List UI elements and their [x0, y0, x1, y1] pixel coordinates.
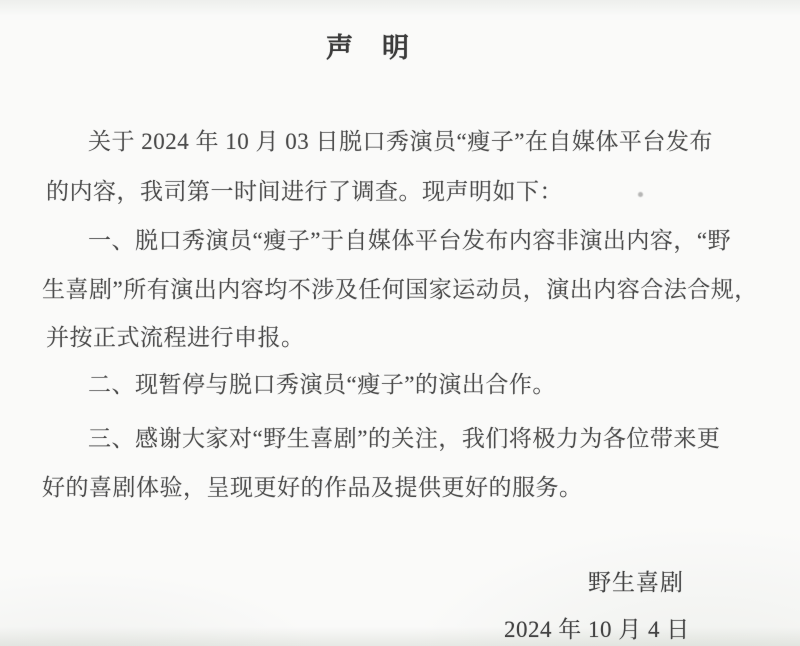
statement-line: 生喜剧”所有演出内容均不涉及任何国家运动员，演出内容合法合规，: [42, 276, 758, 304]
statement-document: 声 明 关于 2024 年 10 月 03 日脱口秀演员“瘦子”在自媒体平台发布…: [0, 0, 800, 646]
statement-line: 的内容，我司第一时间进行了调查。现声明如下：: [46, 178, 563, 206]
statement-line: 关于 2024 年 10 月 03 日脱口秀演员“瘦子”在自媒体平台发布: [88, 128, 713, 156]
date-line: 2024 年 10 月 4 日: [504, 611, 690, 644]
statement-line: 二、现暂停与脱口秀演员“瘦子”的演出合作。: [88, 371, 556, 399]
statement-line: 一、脱口秀演员“瘦子”于自媒体平台发布内容非演出内容，“野: [88, 227, 731, 255]
statement-line: 并按正式流程进行申报。: [46, 324, 305, 352]
paper-speck: [638, 192, 643, 197]
signature: 野生喜剧: [588, 564, 684, 597]
statement-line: 三、感谢大家对“野生喜剧”的关注，我们将极力为各位带来更: [88, 425, 720, 453]
statement-title: 声 明: [326, 26, 410, 65]
statement-line: 好的喜剧体验，呈现更好的作品及提供更好的服务。: [42, 474, 583, 502]
